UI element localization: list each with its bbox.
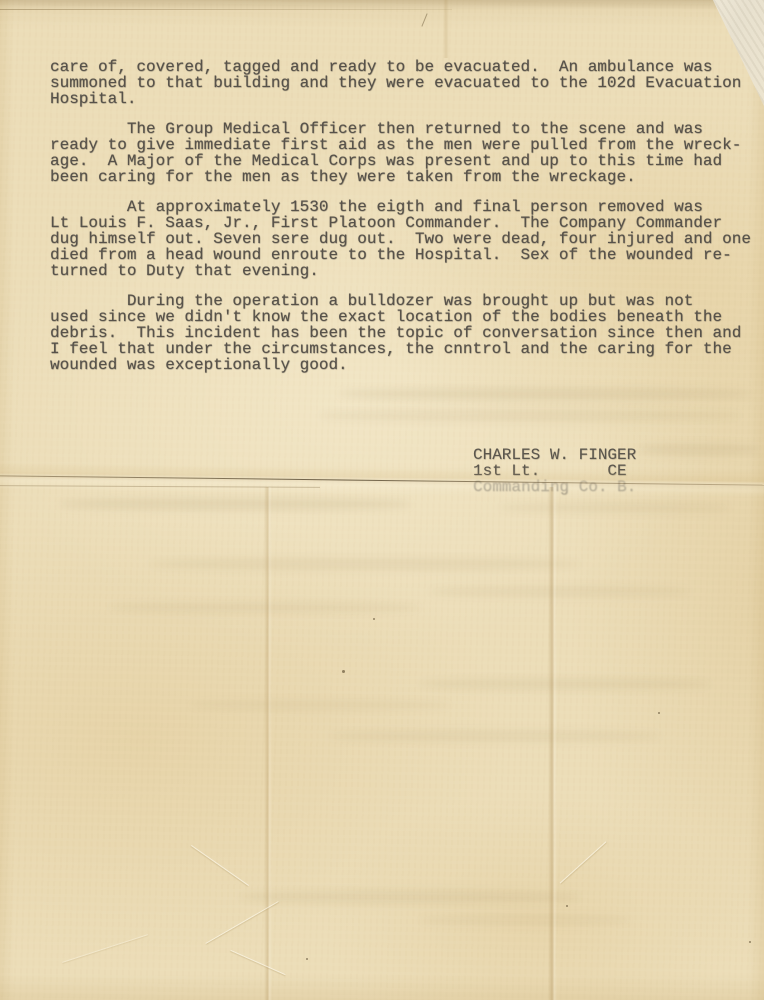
ink-speck [566,905,568,907]
bleedthrough-smudge [190,700,450,710]
top-edge-line [0,9,452,10]
horizontal-fold-crease-secondary [0,485,320,488]
crinkle-line [230,950,285,975]
ink-speck [658,712,660,714]
small-crease-tick [421,13,427,26]
crinkle-line [560,841,607,883]
signature-name: CHARLES W. FINGER [473,447,636,463]
ink-speck [342,670,345,673]
bleedthrough-smudge [330,730,660,742]
vertical-fold-crease-right [548,487,557,1000]
paragraph-3: At approximately 1530 the eigth and fina… [50,199,751,279]
paragraph-1: care of, covered, tagged and ready to be… [50,59,751,107]
crinkle-line [62,934,148,963]
ink-speck [306,958,308,960]
paragraph-2: The Group Medical Officer then returned … [50,121,751,185]
bleedthrough-smudge [500,502,730,513]
bleedthrough-smudge [150,558,580,570]
bleedthrough-smudge [340,388,750,400]
crinkle-line [191,845,249,886]
horizontal-fold-crease [0,475,764,486]
signature-title: Commanding Co. B. [473,479,636,495]
scanned-letter-page: care of, covered, tagged and ready to be… [0,0,764,1000]
vertical-crease-top [443,0,449,58]
ink-speck [373,618,375,620]
bleedthrough-smudge [320,410,740,421]
bleedthrough-smudge [430,586,690,597]
crinkle-line [205,901,278,944]
vertical-fold-crease-left [264,487,272,1000]
ink-speck [749,941,751,943]
paragraph-4: During the operation a bulldozer was bro… [50,293,751,373]
bleedthrough-smudge [60,498,410,510]
signature-rank: 1st Lt. CE [473,463,636,479]
bleedthrough-smudge [110,602,420,613]
bleedthrough-smudge [240,890,580,904]
bleedthrough-smudge [640,444,758,455]
bleedthrough-smudge [420,678,710,690]
bleedthrough-smudge [420,915,630,925]
signature-block: CHARLES W. FINGER 1st Lt. CE Commanding … [473,447,636,495]
document-text: care of, covered, tagged and ready to be… [50,59,751,387]
horizontal-fold-shading [0,462,764,498]
